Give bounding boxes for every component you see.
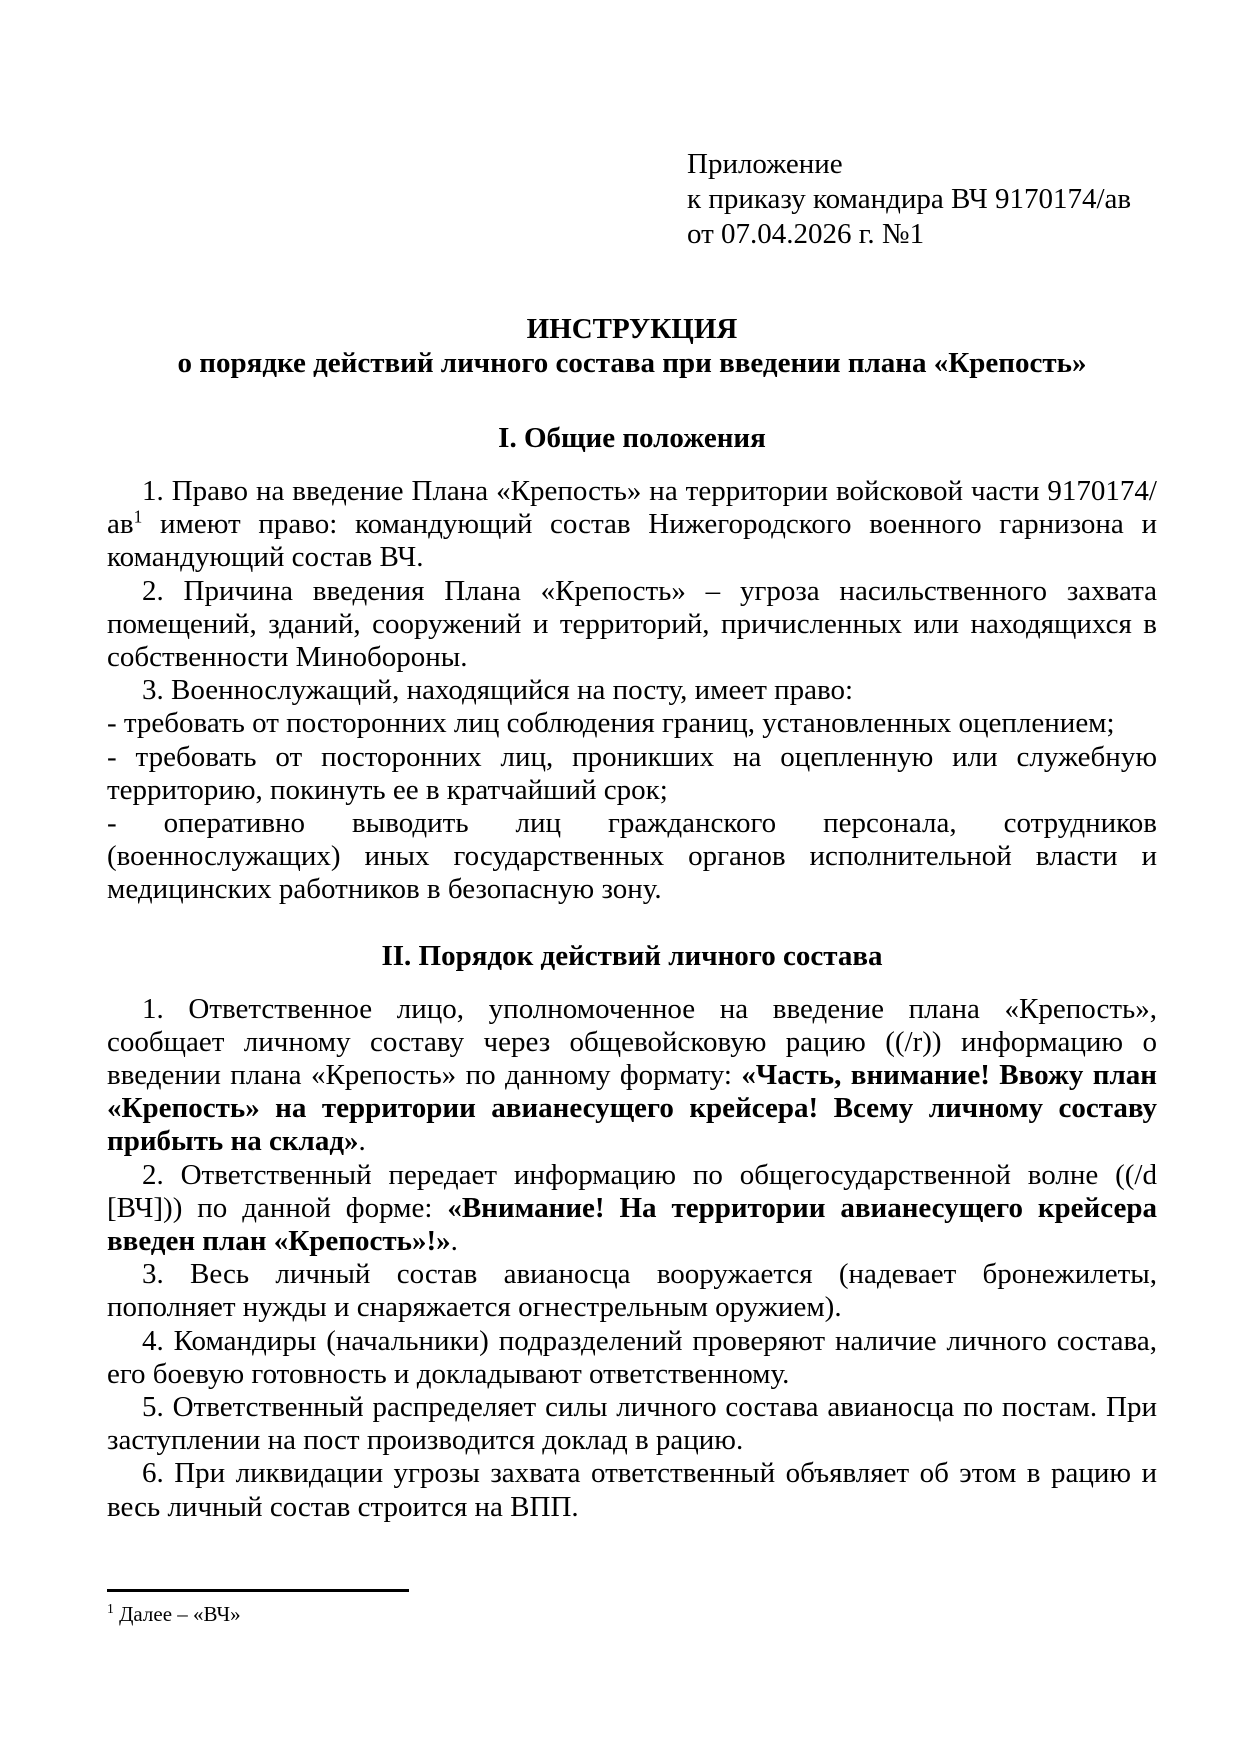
section-body-2: 1. Ответственное лицо, уполномоченное на… xyxy=(107,993,1157,1524)
section-heading-2: II. Порядок действий личного состава xyxy=(107,940,1157,973)
paragraph: 4. Командиры (начальники) подразделений … xyxy=(107,1325,1157,1391)
footnote-label: Далее – «ВЧ» xyxy=(119,1602,241,1626)
paragraph: 3. Военнослужащий, находящийся на посту,… xyxy=(107,674,1157,707)
paragraph: 3. Весь личный состав авианосца вооружае… xyxy=(107,1258,1157,1324)
text-run: - оперативно выводить лиц гражданского п… xyxy=(107,807,1157,905)
text-run: 6. При ликвидации угрозы захвата ответст… xyxy=(107,1457,1157,1522)
paragraph: 2. Ответственный передает информацию по … xyxy=(107,1159,1157,1259)
text-run: - требовать от посторонних лиц, проникши… xyxy=(107,741,1157,806)
document-page: Приложение к приказу командира ВЧ 917017… xyxy=(0,0,1240,1524)
section-heading-1: I. Общие положения xyxy=(107,422,1157,455)
appendix-header-line-1: Приложение xyxy=(687,147,1157,182)
text-run: 4. Командиры (начальники) подразделений … xyxy=(107,1325,1157,1390)
document-subtitle: о порядке действий личного состава при в… xyxy=(107,346,1157,380)
section-body-1: 1. Право на введение Плана «Крепость» на… xyxy=(107,475,1157,907)
footnote-text: 1 Далее – «ВЧ» xyxy=(107,1601,409,1627)
appendix-header-line-2: к приказу командира ВЧ 9170174/ав xyxy=(687,182,1157,217)
text-run: 2. Причина введения Плана «Крепость» – у… xyxy=(107,575,1157,673)
text-run: - требовать от посторонних лиц соблюдени… xyxy=(107,707,1115,739)
document-title: ИНСТРУКЦИЯ xyxy=(107,312,1157,346)
paragraph: - требовать от посторонних лиц соблюдени… xyxy=(107,707,1157,740)
text-run: 3. Военнослужащий, находящийся на посту,… xyxy=(142,674,853,706)
text-run: . xyxy=(359,1125,366,1157)
section-general-provisions: I. Общие положения 1. Право на введение … xyxy=(107,422,1157,907)
paragraph: 1. Право на введение Плана «Крепость» на… xyxy=(107,475,1157,575)
paragraph: - требовать от посторонних лиц, проникши… xyxy=(107,741,1157,807)
paragraph: 1. Ответственное лицо, уполномоченное на… xyxy=(107,993,1157,1159)
text-run: . xyxy=(451,1225,458,1257)
section-personnel-procedure: II. Порядок действий личного состава 1. … xyxy=(107,940,1157,1524)
text-run: имеют право: командующий состав Нижегоро… xyxy=(107,508,1157,573)
text-run: 5. Ответственный распределяет силы лично… xyxy=(107,1391,1157,1456)
footnote-divider xyxy=(107,1589,409,1592)
paragraph: 5. Ответственный распределяет силы лично… xyxy=(107,1391,1157,1457)
footnote-reference: 1 xyxy=(134,507,143,527)
appendix-header-line-3: от 07.04.2026 г. №1 xyxy=(687,217,1157,252)
paragraph: 2. Причина введения Плана «Крепость» – у… xyxy=(107,575,1157,675)
text-run: 3. Весь личный состав авианосца вооружае… xyxy=(107,1258,1157,1323)
footnote-marker: 1 xyxy=(107,1601,114,1616)
appendix-header: Приложение к приказу командира ВЧ 917017… xyxy=(687,147,1157,252)
footnote: 1 Далее – «ВЧ» xyxy=(107,1589,409,1627)
paragraph: - оперативно выводить лиц гражданского п… xyxy=(107,807,1157,907)
paragraph: 6. При ликвидации угрозы захвата ответст… xyxy=(107,1457,1157,1523)
